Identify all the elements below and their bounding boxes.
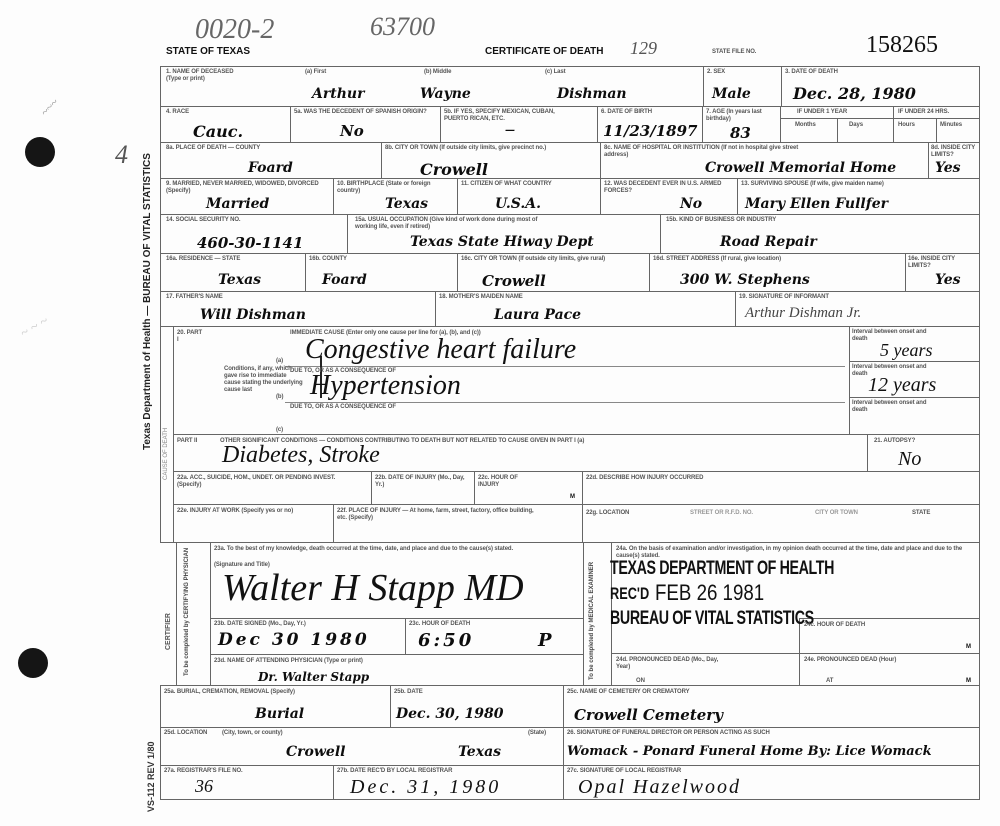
other-conditions-value: Diabetes, Stroke <box>222 442 380 469</box>
state-file-number: 158265 <box>866 32 938 59</box>
birthplace-label: 10. BIRTHPLACE (State or foreign country… <box>337 181 452 195</box>
funeral-director-label: 26. SIGNATURE OF FUNERAL DIRECTOR OR PER… <box>567 730 770 737</box>
registrar-date-value: Dec. 31, 1980 <box>350 776 501 799</box>
medical-examiner-side-label: To be completed by MEDICAL EXAMINER <box>589 562 595 680</box>
business-label: 15b. KIND OF BUSINESS OR INDUSTRY <box>666 217 776 224</box>
cemetery-value: Crowell Cemetery <box>574 706 723 724</box>
armed-forces-value: No <box>680 196 702 212</box>
business-value: Road Repair <box>720 234 817 250</box>
injury-hour-suffix: M <box>570 494 575 501</box>
received-stamp-line1: TEXAS DEPARTMENT OF HEALTH <box>610 558 834 580</box>
age-label: 7. AGE (In years last birthday) <box>706 109 778 123</box>
mother-value: Laura Pace <box>494 307 581 323</box>
line-b-label: (b) <box>276 394 283 401</box>
disposition-state-value: Texas <box>458 744 501 760</box>
race-label: 4. RACE <box>166 109 189 116</box>
under-24-hrs-label: IF UNDER 24 HRS. <box>898 109 949 116</box>
registrar-file-label: 27a. REGISTRAR'S FILE NO. <box>164 768 243 775</box>
injury-hour-label: 22c. HOUR OF INJURY <box>478 475 538 489</box>
res-inside-label: 16e. INSIDE CITY LIMITS? <box>908 256 976 270</box>
hour-of-death-label: 23c. HOUR OF DEATH <box>409 621 470 628</box>
line-a-label: (a) <box>276 358 283 365</box>
middle-name-value: Wayne <box>420 86 471 102</box>
me-hour-label: 24c. HOUR OF DEATH <box>804 622 865 629</box>
ssn-label: 14. SOCIAL SECURITY NO. <box>166 217 241 224</box>
injury-date-label: 22b. DATE OF INJURY (Mo., Day, Yr.) <box>375 475 465 489</box>
father-label: 17. FATHER'S NAME <box>166 294 223 301</box>
injury-describe-label: 22d. DESCRIBE HOW INJURY OCCURRED <box>586 475 703 482</box>
certificate-title: CERTIFICATE OF DEATH <box>485 46 604 57</box>
ssn-value: 460-30-1141 <box>197 234 303 252</box>
place-city-value: Crowell <box>420 160 488 179</box>
citizen-value: U.S.A. <box>495 196 541 212</box>
disposition-method-value: Burial <box>255 706 304 722</box>
first-name-value: Arthur <box>312 86 364 102</box>
form-number: VS-112 REV 1/80 <box>146 741 156 812</box>
injury-type-label: 22a. ACC., SUICIDE, HOM., UNDET. OR PEND… <box>177 475 357 489</box>
res-county-value: Foard <box>322 272 367 288</box>
physician-signature: Walter H Stapp MD <box>222 566 524 610</box>
margin-note-top-2: 63700 <box>370 12 435 42</box>
pronounced-on-label: ON <box>636 678 645 685</box>
title-handwritten-note: 129 <box>630 38 657 59</box>
citizen-label: 11. CITIZEN OF WHAT COUNTRY <box>461 181 571 188</box>
injury-place-label: 22f. PLACE OF INJURY — At home, farm, st… <box>337 508 537 522</box>
race-value: Cauc. <box>193 122 243 141</box>
registrar-signature: Opal Hazelwood <box>578 776 741 799</box>
middle-name-label: (b) Middle <box>424 69 451 76</box>
due-to-b-value: Hypertension <box>310 370 461 402</box>
res-state-value: Texas <box>218 272 261 288</box>
received-stamp-date: FEB 26 1981 <box>655 580 764 606</box>
spanish-specify-value: — <box>505 125 515 136</box>
date-signed-value: Dec 30 1980 <box>218 630 370 650</box>
informant-label: 19. SIGNATURE OF INFORMANT <box>739 294 829 301</box>
armed-forces-label: 12. WAS DECEDENT EVER IN U.S. ARMED FORC… <box>604 181 734 195</box>
res-street-label: 16d. STREET ADDRESS (If rural, give loca… <box>653 256 781 263</box>
margin-faint-note: ~ ~ ~ <box>18 314 52 343</box>
spouse-label: 13. SURVIVING SPOUSE (If wife, give maid… <box>741 181 884 188</box>
dob-label: 6. DATE OF BIRTH <box>601 109 652 116</box>
inside-city-label: 8d. INSIDE CITY LIMITS? <box>931 145 977 159</box>
part1-label: 20. PART I <box>177 330 203 344</box>
disposition-method-label: 25a. BURIAL, CREMATION, REMOVAL (Specify… <box>164 689 295 696</box>
pronounced-hour-label: 24e. PRONOUNCED DEAD (Hour) <box>804 657 896 664</box>
hospital-label: 8c. NAME OF HOSPITAL OR INSTITUTION (If … <box>604 145 804 159</box>
pronounced-at-label: AT <box>826 678 833 685</box>
hospital-value: Crowell Memorial Home <box>705 160 896 176</box>
punch-hole-bottom <box>18 648 48 678</box>
father-value: Will Dishman <box>200 307 306 323</box>
date-of-death-label: 3. DATE OF DEATH <box>785 69 838 76</box>
disposition-state-label: (State) <box>528 730 546 737</box>
punch-hole-top <box>25 137 55 167</box>
line-c-label: (c) <box>276 427 283 434</box>
injury-street-label: STREET OR R.F.D. NO. <box>690 510 753 517</box>
hours-label: Hours <box>898 122 915 129</box>
spanish-origin-value: No <box>340 122 364 140</box>
margin-note-left: 4 <box>115 140 128 170</box>
injury-city-label: CITY OR TOWN <box>815 510 858 517</box>
name-label: 1. NAME OF DECEASED (Type or print) <box>166 69 236 83</box>
interval-a-value: 5 years <box>880 340 933 361</box>
disposition-date-label: 25b. DATE <box>394 689 423 696</box>
registrar-date-label: 27b. DATE REC'D BY LOCAL REGISTRAR <box>337 768 452 775</box>
spanish-specify-label: 5b. IF YES, SPECIFY MEXICAN, CUBAN, PUER… <box>444 109 574 123</box>
age-value: 83 <box>730 124 751 142</box>
state-label: STATE OF TEXAS <box>166 46 250 57</box>
marital-label: 9. MARRIED, NEVER MARRIED, WIDOWED, DIVO… <box>166 181 326 195</box>
certifier-side-label: CERTIFIER <box>165 613 172 650</box>
hour-of-death-value: 6:50 <box>418 630 474 651</box>
res-city-value: Crowell <box>482 272 546 290</box>
registrar-file-value: 36 <box>195 776 213 797</box>
me-hour-suffix: M <box>966 644 971 651</box>
injury-state-label: STATE <box>912 510 930 517</box>
first-name-label: (a) First <box>305 69 326 76</box>
margin-faint-note-2: ~~~ <box>38 95 62 119</box>
autopsy-value: No <box>898 448 921 471</box>
interval-b-value: 12 years <box>868 374 936 397</box>
due-to-c-label: DUE TO, OR AS A CONSEQUENCE OF <box>290 404 396 411</box>
spouse-value: Mary Ellen Fullfer <box>745 196 888 212</box>
res-inside-value: Yes <box>935 272 961 288</box>
injury-at-work-label: 22e. INJURY AT WORK (Specify yes or no) <box>177 508 317 515</box>
res-county-label: 16b. COUNTY <box>309 256 347 263</box>
disposition-location-label: 25d. LOCATION <box>164 730 207 737</box>
spanish-origin-label: 5a. WAS THE DECEDENT OF SPANISH ORIGIN? <box>294 109 434 116</box>
funeral-director-value: Womack - Ponard Funeral Home By: Lice Wo… <box>567 744 932 759</box>
part2-label: PART II <box>177 438 197 445</box>
birthplace-value: Texas <box>385 196 428 212</box>
occupation-value: Texas State Hiway Dept <box>410 234 594 250</box>
physician-side-label: To be completed by CERTIFYING PHYSICIAN <box>184 548 190 676</box>
immediate-cause-value: Congestive heart failure <box>305 334 576 366</box>
autopsy-label: 21. AUTOPSY? <box>874 438 915 445</box>
res-city-label: 16c. CITY OR TOWN (If outside city limit… <box>461 256 641 263</box>
res-street-value: 300 W. Stephens <box>680 272 810 288</box>
sex-value: Male <box>712 86 751 102</box>
side-department-text: Texas Department of Health — BUREAU OF V… <box>142 153 153 450</box>
disposition-city-value: Crowell <box>286 744 345 760</box>
state-file-label: STATE FILE NO. <box>712 49 756 56</box>
occupation-label: 15a. USUAL OCCUPATION (Give kind of work… <box>355 217 555 231</box>
minutes-label: Minutes <box>940 122 962 129</box>
days-label: Days <box>849 122 863 129</box>
physician-statement-label: 23a. To the best of my knowledge, death … <box>214 546 574 553</box>
pronounced-dead-label: 24d. PRONOUNCED DEAD (Mo., Day, Year) <box>616 657 726 671</box>
informant-signature: Arthur Dishman Jr. <box>745 305 861 322</box>
received-stamp-prefix: REC'D <box>610 584 649 604</box>
place-county-value: Foard <box>248 160 293 176</box>
cemetery-label: 25c. NAME OF CEMETERY OR CREMATORY <box>567 689 690 696</box>
date-of-death-value: Dec. 28, 1980 <box>793 84 916 103</box>
hour-of-death-suffix: P <box>538 630 552 651</box>
last-name-label: (c) Last <box>545 69 566 76</box>
place-county-label: 8a. PLACE OF DEATH — COUNTY <box>166 145 260 152</box>
under-1-year-label: IF UNDER 1 YEAR <box>797 109 847 116</box>
date-signed-label: 23b. DATE SIGNED (Mo., Day, Yr.) <box>214 621 306 628</box>
inside-city-value: Yes <box>935 160 961 176</box>
received-stamp-line3: BUREAU OF VITAL STATISTICS <box>610 608 814 630</box>
interval-c-label: Interval between onset and death <box>852 400 932 414</box>
registrar-signature-label: 27c. SIGNATURE OF LOCAL REGISTRAR <box>567 768 681 775</box>
place-city-label: 8b. CITY OR TOWN (If outside city limits… <box>385 145 585 152</box>
last-name-value: Dishman <box>557 86 627 102</box>
months-label: Months <box>795 122 816 129</box>
disposition-location-hint: (City, town, or county) <box>222 730 283 737</box>
pronounced-suffix: M <box>966 678 971 685</box>
dob-value: 11/23/1897 <box>603 122 697 140</box>
marital-value: Married <box>206 196 269 212</box>
attending-physician-label: 23d. NAME OF ATTENDING PHYSICIAN (Type o… <box>214 658 363 665</box>
margin-note-top-1: 0020-2 <box>195 14 274 46</box>
sex-label: 2. SEX <box>707 69 725 76</box>
mother-label: 18. MOTHER'S MAIDEN NAME <box>439 294 523 301</box>
attending-physician-value: Dr. Walter Stapp <box>258 670 369 684</box>
res-state-label: 16a. RESIDENCE — STATE <box>166 256 240 263</box>
injury-location-label: 22g. LOCATION <box>586 510 629 517</box>
disposition-date-value: Dec. 30, 1980 <box>396 706 504 722</box>
cause-side-label: CAUSE OF DEATH <box>163 428 169 480</box>
